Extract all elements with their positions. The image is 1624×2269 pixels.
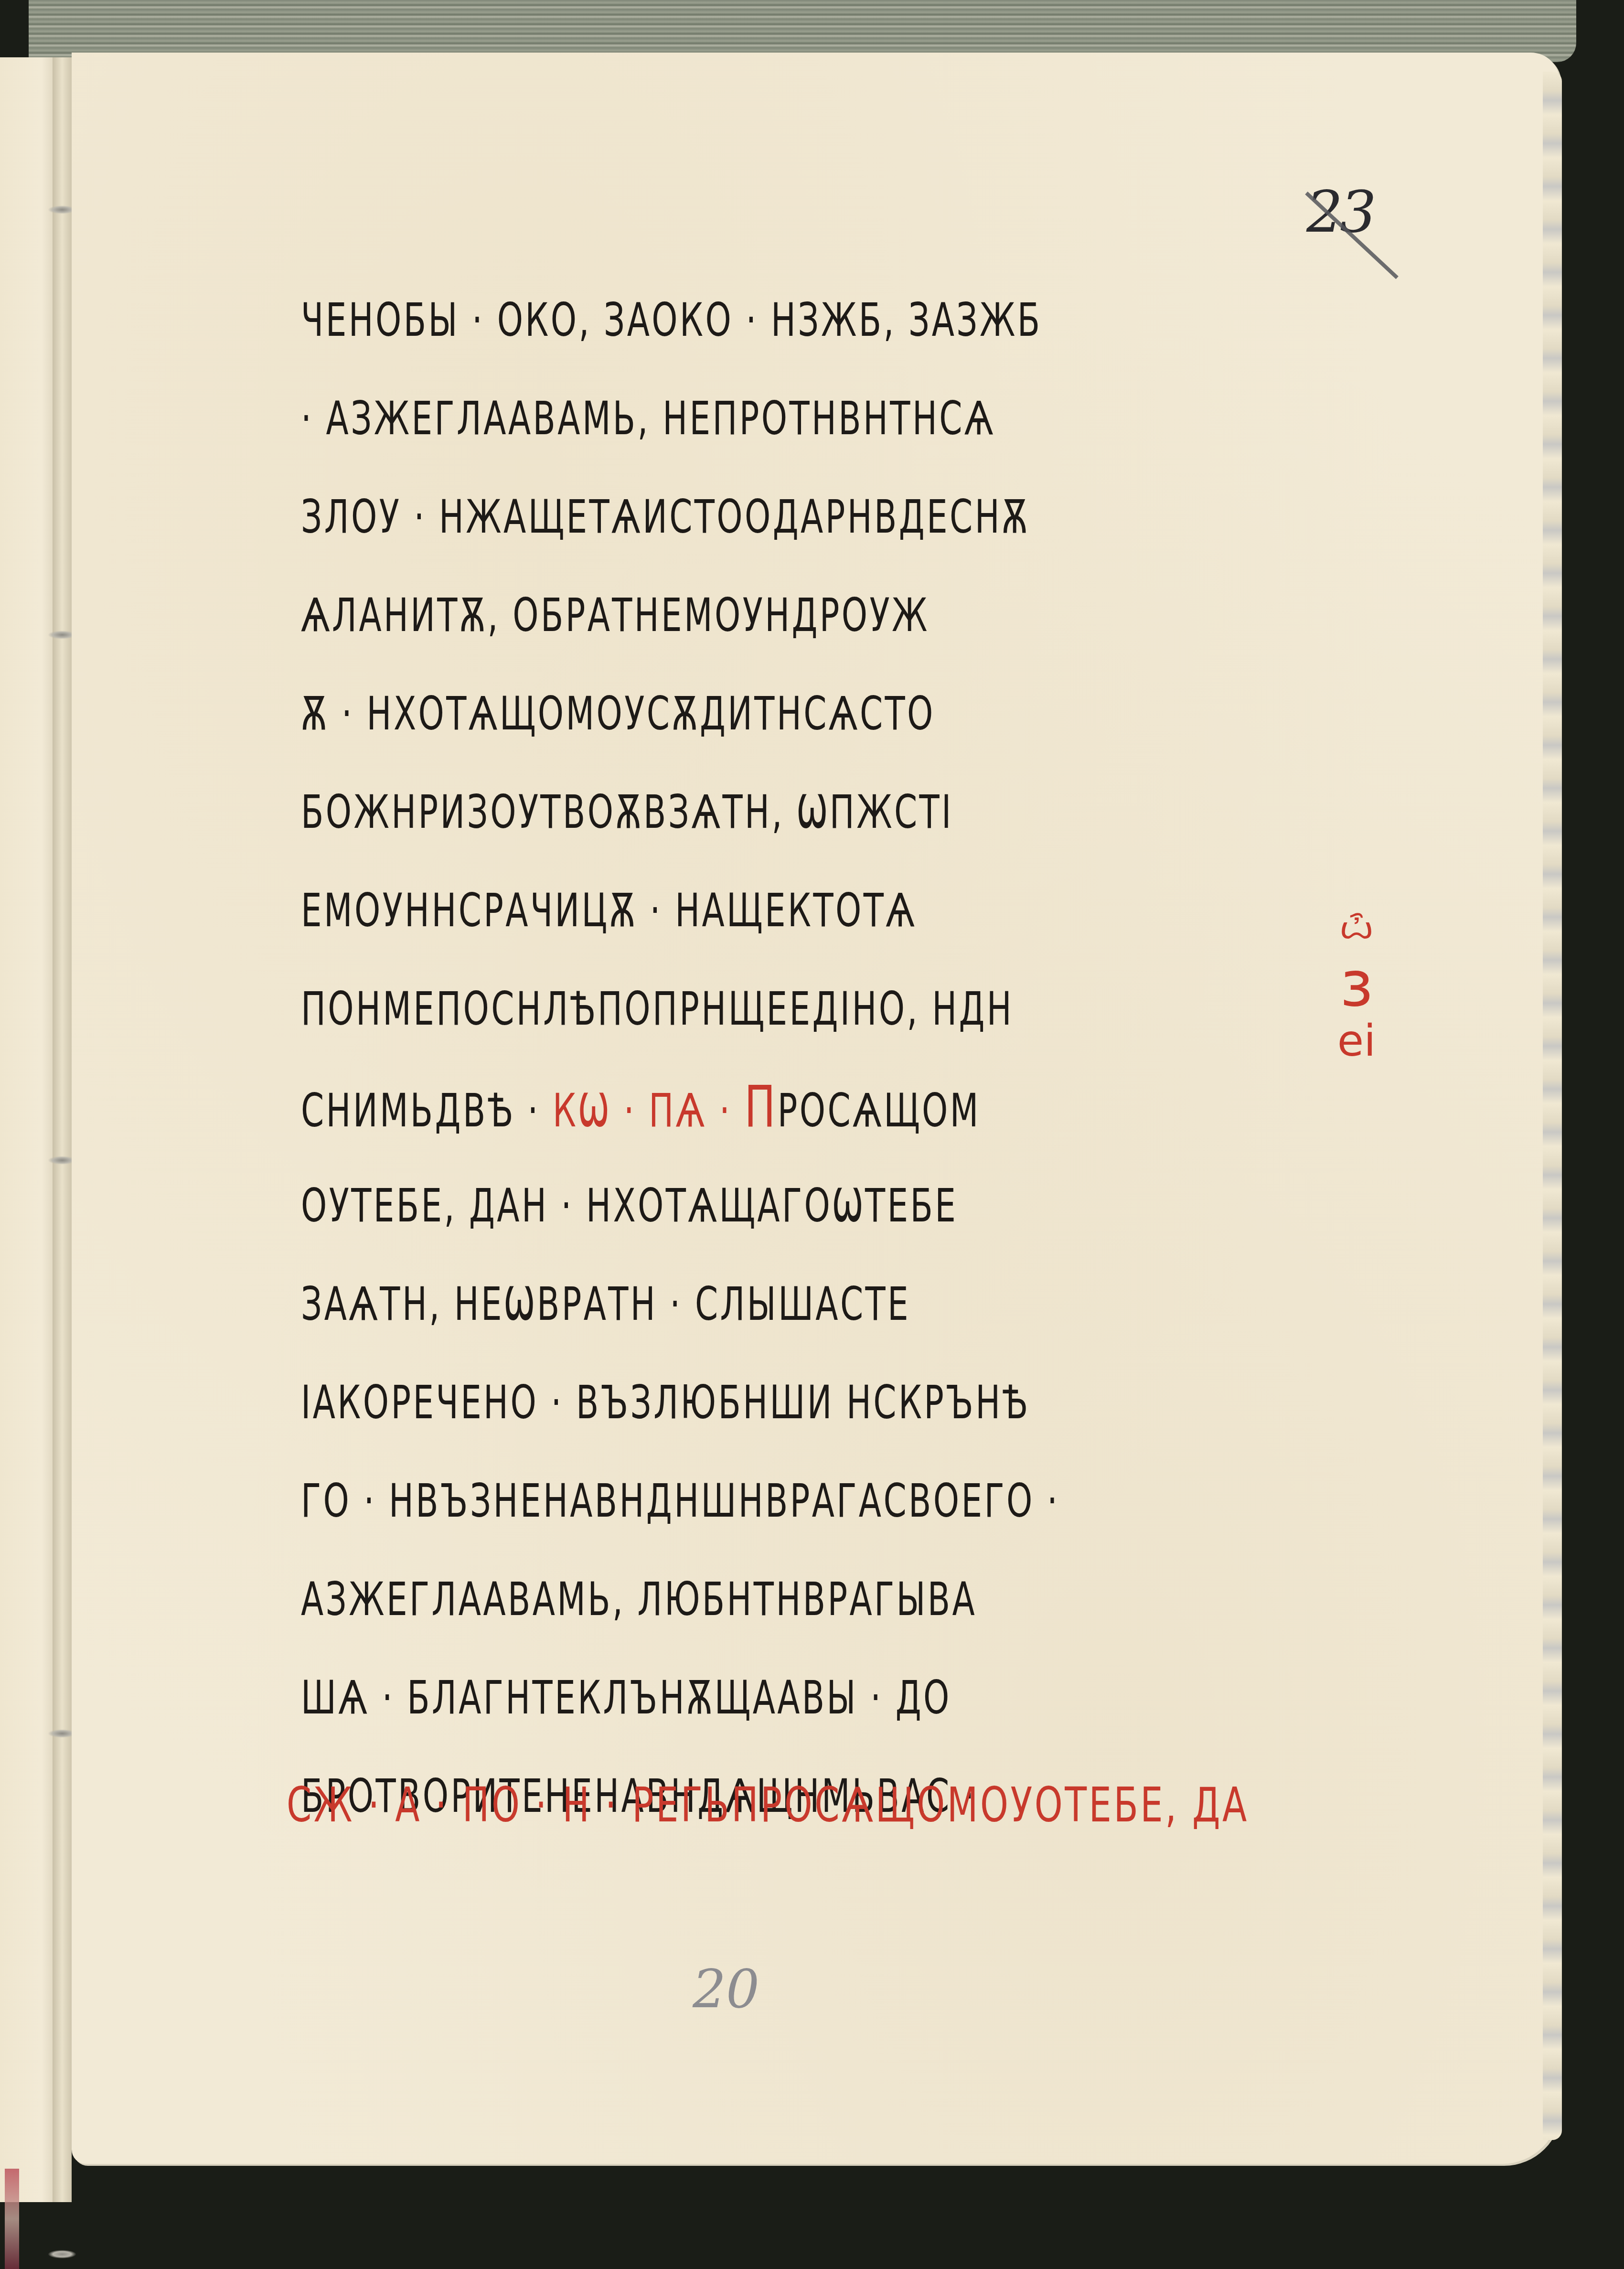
text-line: ченобы · око, заоко · нзжб, зазжб [301, 291, 954, 390]
red-initial: П [744, 1074, 777, 1140]
text-line: емоуннсрачицѫ · нащектотѧ [301, 882, 954, 980]
text-line: божнризоутвоѫвзѧтн, ѡпжсті [301, 783, 954, 882]
text-line: оутебе, дан · нхотѧщагоѡтебе [301, 1177, 954, 1275]
text-line: азжеглаавамь, любнтнврагыва [301, 1571, 954, 1669]
text-line-with-rubric: снимьдвѣ · кѡ · пѧ · Просѧщом [301, 1079, 954, 1177]
text-line: іакоречено · възлюбнши нскрънѣ [301, 1374, 954, 1472]
margin-note-number: еі [1328, 1013, 1385, 1070]
text-line: понмепоснлѣпопрнщеедіно, ндн [301, 980, 954, 1079]
text-line: заѧтн, неѡвратн · слышасте [301, 1275, 954, 1374]
bookmark-ribbon [5, 2169, 19, 2269]
text-line: злоу · нжащетѧистоодарнвдеснѫ [301, 488, 954, 587]
folio-number: 23 [1306, 179, 1374, 246]
margin-note-mark: ѽ [1328, 898, 1385, 955]
text-segment: снимьдвѣ · [301, 1084, 540, 1137]
margin-note-letter: з [1328, 955, 1385, 1013]
binding-gutter [53, 57, 72, 2202]
page-fore-edge [1543, 72, 1562, 2140]
pencil-number: 20 [693, 1959, 759, 2020]
text-line: шѧ · благнтеклънѫщаавы · до [301, 1669, 954, 1767]
text-segment: росѧщом [778, 1084, 981, 1137]
inline-rubric: кѡ · пѧ · [553, 1084, 732, 1137]
text-line: · азжеглаавамь, непротнвнтнсѧ [301, 390, 954, 488]
text-line: ѧланитѫ, обратнемоундроуж [301, 587, 954, 685]
margin-note: ѽ з еі [1328, 898, 1385, 1070]
binding-stitch [48, 2250, 76, 2258]
rubric-line: сж · а · по · н · регьпросѧщомоуотебе, д… [287, 1777, 1249, 1833]
text-line: го · нвъзненавндншнврагасвоего · [301, 1472, 954, 1571]
facing-page-strip [0, 57, 60, 2202]
main-text-block: ченобы · око, заоко · нзжб, зазжб · азже… [301, 291, 1208, 1866]
text-line: ѫ · нхотѧщомоусѫдитнсѧсто [301, 685, 954, 783]
